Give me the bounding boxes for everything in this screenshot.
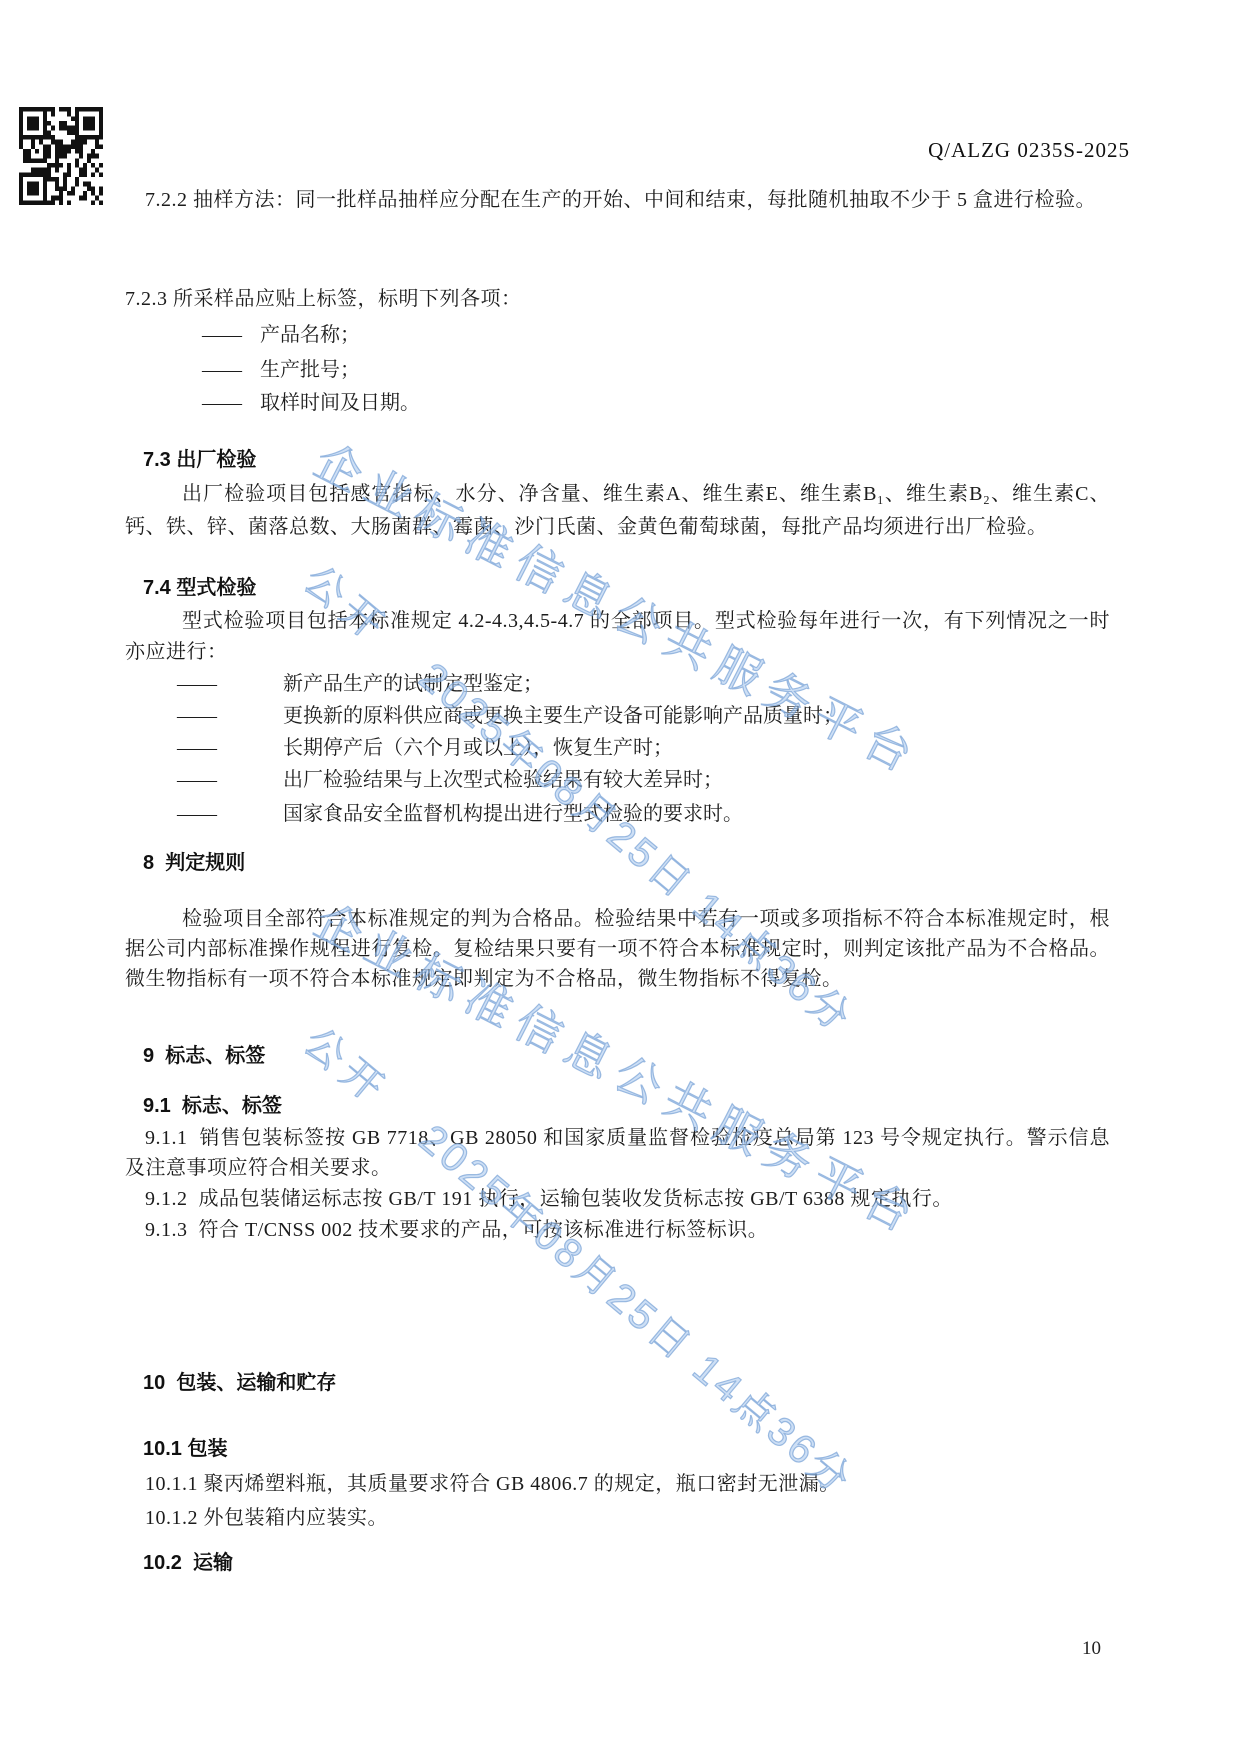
- dash-bullet-icon: ——: [202, 353, 260, 387]
- dash-bullet-icon: ——: [177, 798, 283, 831]
- dash-bullet-icon: ——: [202, 318, 260, 352]
- list-item: ——产品名称；: [125, 318, 1187, 352]
- list-item-label: 新产品生产的试制定型鉴定；: [283, 673, 543, 695]
- list-item-label: 取样时间及日期。: [260, 392, 420, 414]
- heading-7-3: 7.3 出厂检验: [125, 447, 1110, 473]
- para-7-2-3: 7.2.3 所采样品应贴上标签，标明下列各项：: [125, 284, 1110, 315]
- heading-10-1: 10.1 包装: [125, 1436, 1110, 1462]
- watermark-date-text: 公开2025年08月25日 14点36分: [293, 1012, 867, 1506]
- para-8: 检验项目全部符合本标准规定的判为合格品。检验结果中若有一项或多项指标不符合本标准…: [125, 904, 1110, 994]
- para-9-1-1: 9.1.1 销售包装标签按 GB 7718、GB 28050 和国家质量监督检验…: [125, 1123, 1110, 1183]
- list-item: ——更换新的原料供应商或更换主要生产设备可能影响产品质量时；: [125, 700, 1162, 733]
- doc-code-header: Q/ALZG 0235S-2025: [928, 138, 1130, 163]
- list-item-label: 更换新的原料供应商或更换主要生产设备可能影响产品质量时；: [283, 705, 843, 727]
- para-7-3: 出厂检验项目包括感官指标、水分、净含量、维生素A、维生素E、维生素B₁、维生素B…: [125, 478, 1110, 544]
- dash-bullet-icon: ——: [177, 732, 283, 765]
- list-item: ——新产品生产的试制定型鉴定；: [125, 668, 1162, 701]
- para-7-4: 型式检验项目包括本标准规定 4.2-4.3,4.5-4.7 的全部项目。型式检验…: [125, 606, 1110, 668]
- para-9-1-2: 9.1.2 成品包装储运标志按 GB/T 191 执行，运输包装收发货标志按 G…: [125, 1184, 1110, 1214]
- document-page: Q/ALZG 0235S-2025 7.2.2 抽样方法：同一批样品抽样应分配在…: [0, 0, 1240, 1753]
- list-item: ——生产批号；: [125, 353, 1187, 387]
- list-item-label: 国家食品安全监督机构提出进行型式检验的要求时。: [283, 803, 743, 825]
- dash-bullet-icon: ——: [177, 764, 283, 797]
- list-item: ——国家食品安全监督机构提出进行型式检验的要求时。: [125, 798, 1162, 831]
- heading-8: 8 判定规则: [125, 850, 1110, 876]
- para-7-2-2: 7.2.2 抽样方法：同一批样品抽样应分配在生产的开始、中间和结束，每批随机抽取…: [125, 185, 1110, 216]
- heading-10-2: 10.2 运输: [125, 1550, 1110, 1576]
- dash-bullet-icon: ——: [177, 668, 283, 701]
- para-10-1-1: 10.1.1 聚丙烯塑料瓶，其质量要求符合 GB 4806.7 的规定，瓶口密封…: [125, 1469, 1110, 1499]
- qr-code: [19, 107, 103, 205]
- list-item-label: 产品名称；: [260, 324, 360, 346]
- dash-bullet-icon: ——: [202, 386, 260, 420]
- heading-9-1: 9.1 标志、标签: [125, 1093, 1110, 1119]
- heading-7-4: 7.4 型式检验: [125, 575, 1110, 601]
- list-item-label: 出厂检验结果与上次型式检验结果有较大差异时；: [283, 769, 723, 791]
- list-item: ——长期停产后（六个月或以上），恢复生产时；: [125, 732, 1162, 765]
- list-item-label: 长期停产后（六个月或以上），恢复生产时；: [283, 737, 673, 759]
- para-10-1-2: 10.1.2 外包装箱内应装实。: [125, 1503, 1110, 1533]
- list-item-label: 生产批号；: [260, 359, 360, 381]
- list-item: ——出厂检验结果与上次型式检验结果有较大差异时；: [125, 764, 1162, 797]
- page-number: 10: [1082, 1638, 1101, 1660]
- dash-bullet-icon: ——: [177, 700, 283, 733]
- list-item: ——取样时间及日期。: [125, 386, 1187, 420]
- heading-10: 10 包装、运输和贮存: [125, 1370, 1110, 1396]
- para-9-1-3: 9.1.3 符合 T/CNSS 002 技术要求的产品，可按该标准进行标签标识。: [125, 1215, 1110, 1245]
- heading-9: 9 标志、标签: [125, 1043, 1110, 1069]
